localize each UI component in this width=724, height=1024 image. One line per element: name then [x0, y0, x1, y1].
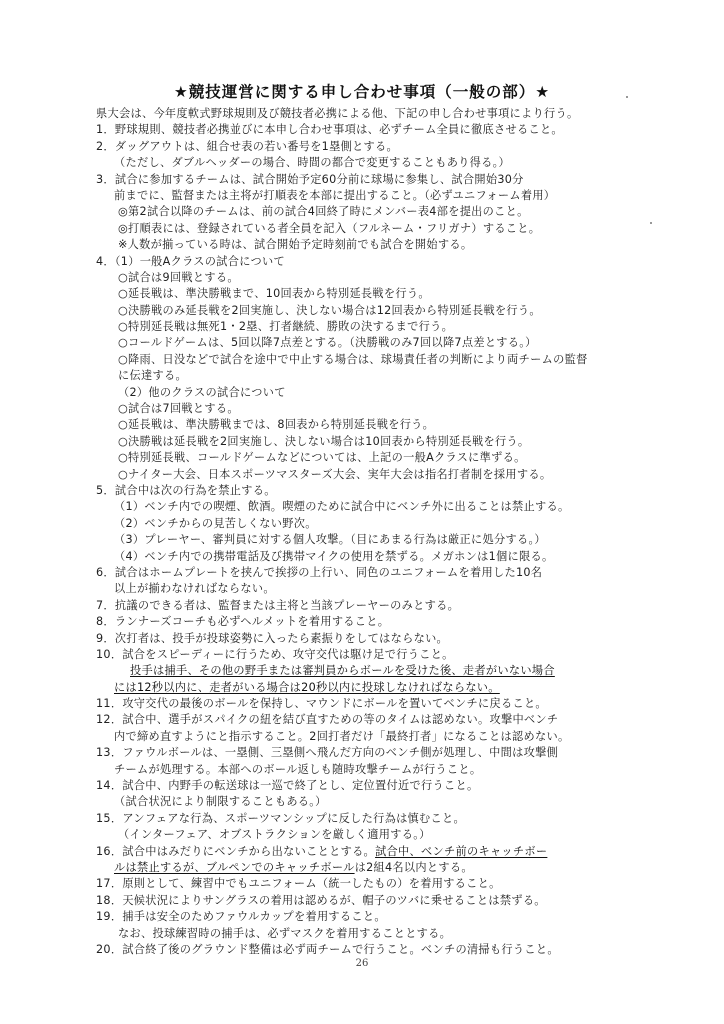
document-line: 10．試合をスピーディーに行うため、攻守交代は駆け足で行うこと。: [96, 647, 656, 663]
document-line: ○コールドゲームは、5回以降7点差とする。（決勝戦のみ7回以降7点差とする。）: [96, 335, 656, 351]
document-line: 8．ランナーズコーチも必ずヘルメットを着用すること。: [96, 614, 656, 630]
document-line: 投手は捕手、その他の野手または審判員からボールを受けた後、走者がいない場合: [96, 663, 656, 679]
document-line: （試合状況により制限することもある。）: [96, 794, 656, 810]
document-line: 20．試合終了後のグラウンド整備は必ず両チームで行うこと。ベンチの清掃も行うこと…: [96, 942, 656, 958]
document-line: 4．（1）一般Aクラスの試合について: [96, 254, 656, 270]
page-number: 26: [0, 958, 724, 969]
document-line: 県大会は、今年度軟式野球規則及び競技者必携による他、下記の申し合わせ事項により行…: [96, 106, 656, 122]
document-line: なお、投球練習時の捕手は、必ずマスクを着用することとする。: [96, 926, 656, 942]
document-line: ◎打順表には、登録されている者全員を記入（フルネーム・フリガナ）すること。: [96, 221, 656, 237]
document-line: （1）ベンチ内での喫煙、飲酒。喫煙のために試合中にベンチ外に出ることは禁止する。: [96, 499, 656, 515]
document-line: には12秒以内に、走者がいる場合は20秒以内に投球しなければならない。: [96, 680, 656, 696]
underlined-text: ルは禁止するが、ブルペンでのキャッチボール: [114, 861, 355, 874]
document-line: ○決勝戦は延長戦を2回実施し、決しない場合は10回表から特別延長戦を行う。: [96, 434, 656, 450]
document-line: 19．捕手は安全のためファウルカップを着用すること。: [96, 909, 656, 925]
document-line: ※人数が揃っている時は、試合開始予定時刻前でも試合を開始する。: [96, 237, 656, 253]
document-line: 7．抗議のできる者は、監督または主将と当該プレーヤーのみとする。: [96, 598, 656, 614]
document-page: ★競技運営に関する申し合わせ事項（一般の部）★ 県大会は、今年度軟式野球規則及び…: [0, 0, 724, 1024]
document-line: ルは禁止するが、ブルペンでのキャッチボールは2組4名以内とする。: [96, 860, 656, 876]
document-line: 2．ダッグアウトは、組合せ表の若い番号を1塁側とする。: [96, 139, 656, 155]
document-line: 17．原則として、練習中でもユニフォーム（統一したもの）を着用すること。: [96, 876, 656, 892]
document-line: （2）ベンチからの見苦しくない野次。: [96, 516, 656, 532]
document-line: 以上が揃わなければならない。: [96, 581, 656, 597]
document-line: （3）プレーヤー、審判員に対する個人攻撃。（目にあまる行為は厳正に処分する。）: [96, 532, 656, 548]
document-body: 県大会は、今年度軟式野球規則及び競技者必携による他、下記の申し合わせ事項により行…: [96, 106, 656, 958]
document-line: （インターフェア、オブストラクションを厳しく適用する。）: [96, 827, 656, 843]
underlined-text: 試合中、ベンチ前のキャッチボー: [375, 845, 547, 858]
scan-speck: [626, 96, 628, 98]
document-title: ★競技運営に関する申し合わせ事項（一般の部）★: [0, 80, 724, 102]
document-line: 11．攻守交代の最後のボールを保持し、マウンドにボールを置いてベンチに戻ること。: [96, 696, 656, 712]
document-line: 5．試合中は次の行為を禁止する。: [96, 483, 656, 499]
document-line: 12．試合中、選手がスパイクの紐を結び直すための等のタイムは認めない。攻撃中ベン…: [96, 712, 656, 728]
scan-speck: [650, 222, 652, 224]
document-line: 13．ファウルボールは、一塁側、三塁側へ飛んだ方向のベンチ側が処理し、中間は攻撃…: [96, 745, 656, 761]
document-line: 内で締め直すようにと指示すること。2回打者だけ「最終打者」になることは認めない。: [96, 729, 656, 745]
underlined-text: には12秒以内に、走者がいる場合は20秒以内に投球しなければならない。: [114, 681, 500, 694]
document-line: 18．天候状況によりサングラスの着用は認めるが、帽子のツバに乗せることは禁ずる。: [96, 893, 656, 909]
document-line: チームが処理する。本部へのボール返しも随時攻撃チームが行うこと。: [96, 762, 656, 778]
document-line: 前までに、監督または主将が打順表を本部に提出すること。（必ずユニフォーム着用）: [96, 188, 656, 204]
document-line: ○試合は9回戦とする。: [96, 270, 656, 286]
document-line: ○延長戦は、準決勝戦までは、8回表から特別延長戦を行う。: [96, 417, 656, 433]
document-line: 16．試合中はみだりにベンチから出ないこととする。試合中、ベンチ前のキャッチボー: [96, 844, 656, 860]
document-line: 6．試合はホームプレートを挟んで挨拶の上行い、同色のユニフォームを着用した10名: [96, 565, 656, 581]
document-line: ○決勝戦のみ延長戦を2回実施し、決しない場合は12回表から特別延長戦を行う。: [96, 303, 656, 319]
document-line: ○試合は7回戦とする。: [96, 401, 656, 417]
document-line: 3．試合に参加するチームは、試合開始予定60分前に球場に参集し、試合開始30分: [96, 172, 656, 188]
document-line: ○特別延長戦は無死1・2塁、打者継続、勝敗の決するまで行う。: [96, 319, 656, 335]
document-line: （ただし、ダブルヘッダーの場合、時間の都合で変更することもあり得る。）: [96, 155, 656, 171]
document-line: ○延長戦は、準決勝戦まで、10回表から特別延長戦を行う。: [96, 286, 656, 302]
document-line: （2）他のクラスの試合について: [96, 385, 656, 401]
document-line: ○ナイター大会、日本スポーツマスターズ大会、実年大会は指名打者制を採用する。: [96, 467, 656, 483]
document-line: に伝達する。: [96, 368, 656, 384]
document-line: 15．アンフェアな行為、スポーツマンシップに反した行為は慎むこと。: [96, 811, 656, 827]
document-line: ○特別延長戦、コールドゲームなどについては、上記の一般Aクラスに準ずる。: [96, 450, 656, 466]
document-line: 1．野球規則、競技者必携並びに本申し合わせ事項は、必ずチーム全員に徹底させること…: [96, 122, 656, 138]
underlined-text: 投手は捕手、その他の野手または審判員からボールを受けた後、走者がいない場合: [130, 664, 555, 677]
document-line: ○降雨、日没などで試合を途中で中止する場合は、球場責任者の判断により両チームの監…: [96, 352, 656, 368]
document-line: 9．次打者は、投手が投球姿勢に入ったら素振りをしてはならない。: [96, 631, 656, 647]
document-line: ◎第2試合以降のチームは、前の試合4回終了時にメンバー表4部を提出のこと。: [96, 204, 656, 220]
document-line: （4）ベンチ内での携帯電話及び携帯マイクの使用を禁ずる。メガホンは1個に限る。: [96, 549, 656, 565]
document-line: 14．試合中、内野手の転送球は一巡で終了とし、定位置付近で行うこと。: [96, 778, 656, 794]
